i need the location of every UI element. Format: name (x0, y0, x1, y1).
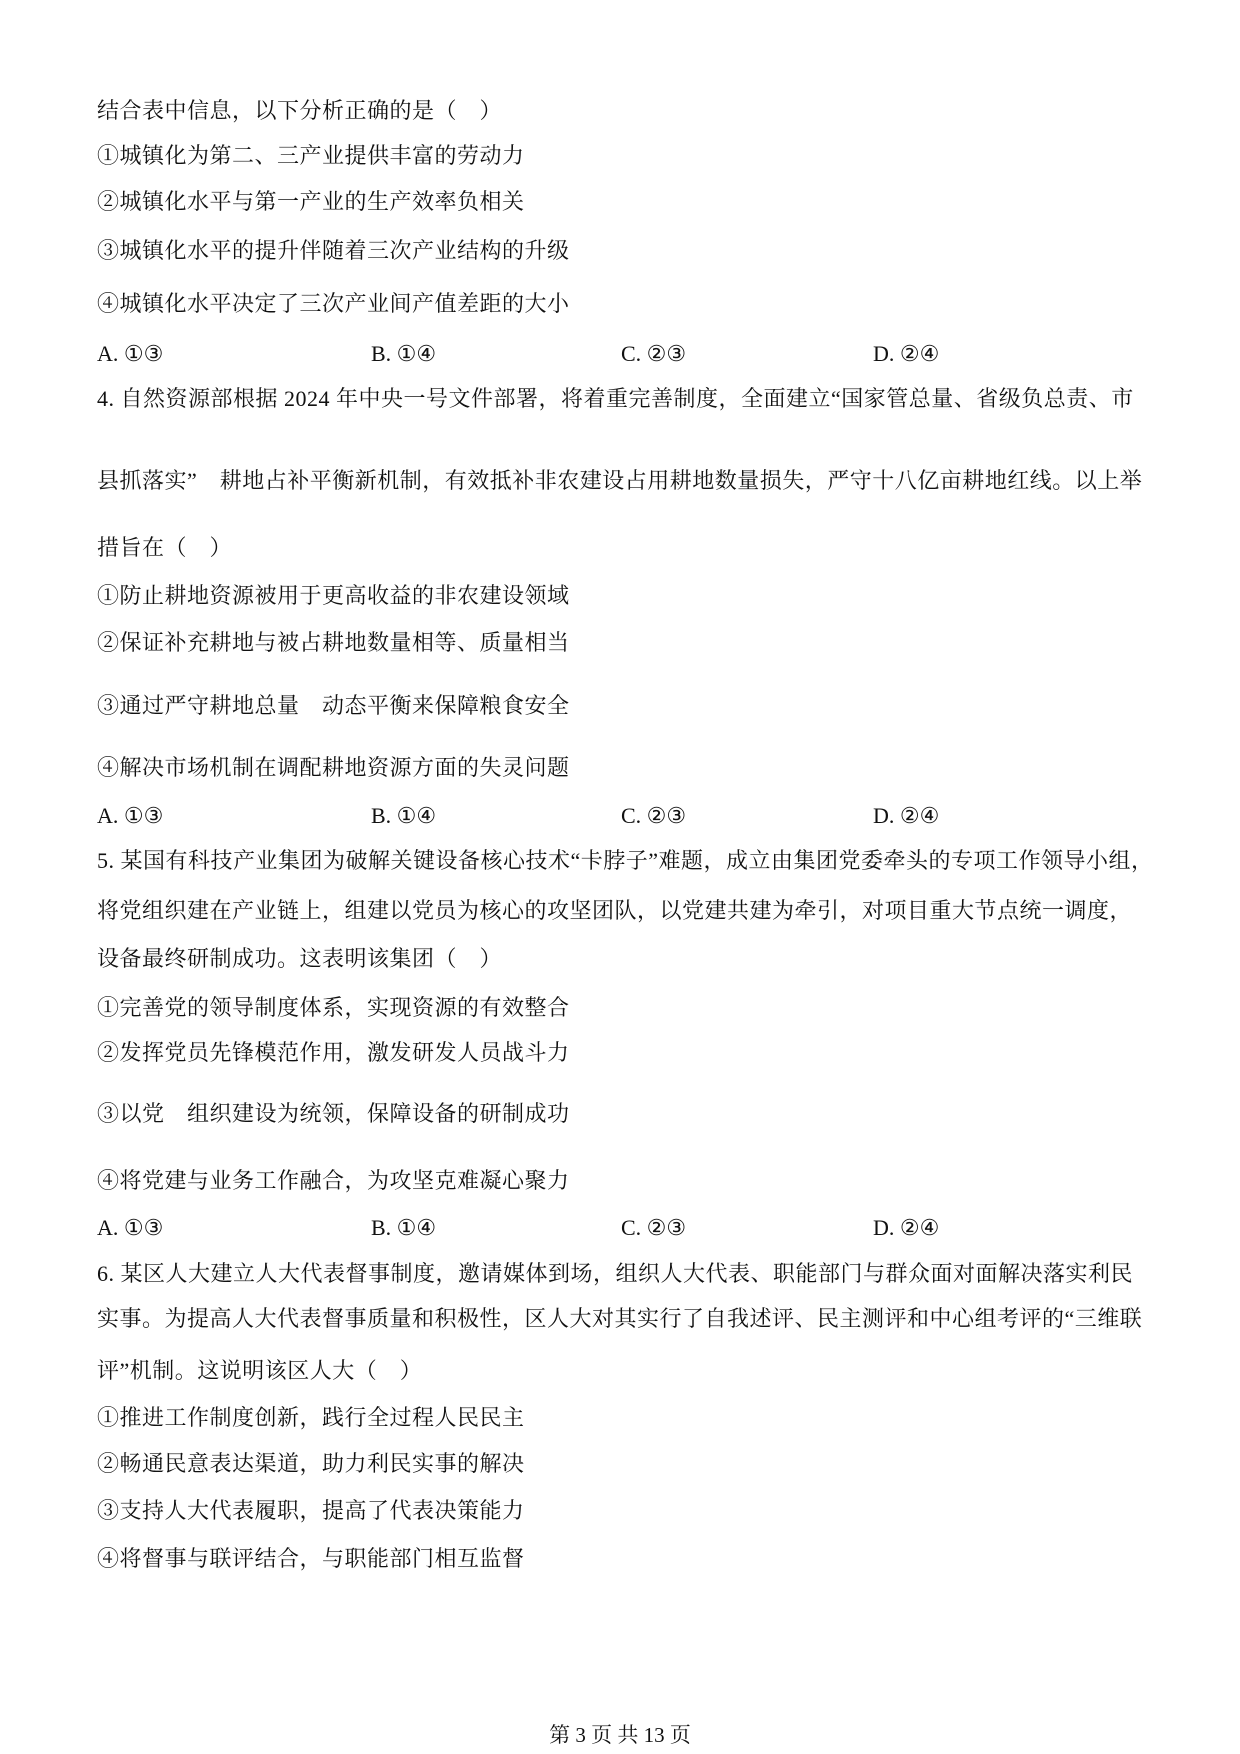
q3-option-2: ②城镇化水平与第一产业的生产效率负相关 (97, 186, 1145, 217)
q5-choice-b: B. ①④ (371, 1212, 621, 1243)
q5-stem-line-3: 设备最终研制成功。这表明该集团（ ） (97, 943, 1145, 974)
q6-option-1: ①推进工作制度创新，践行全过程人民民主 (97, 1402, 1145, 1433)
q6-option-4: ④将督事与联评结合，与职能部门相互监督 (97, 1543, 1145, 1574)
q5-option-1: ①完善党的领导制度体系，实现资源的有效整合 (97, 992, 1145, 1023)
q6-stem-line-3: 评”机制。这说明该区人大（ ） (97, 1355, 1145, 1386)
page-footer: 第 3 页 共 13 页 (0, 1722, 1240, 1748)
q4-option-2: ②保证补充耕地与被占耕地数量相等、质量相当 (97, 627, 1145, 658)
q3-option-4: ④城镇化水平决定了三次产业间产值差距的大小 (97, 288, 1145, 319)
page-content: 结合表中信息，以下分析正确的是（ ） ①城镇化为第二、三产业提供丰富的劳动力 ②… (97, 0, 1145, 1574)
q4-choices-row: A. ①③ B. ①④ C. ②③ D. ②④ (97, 800, 1145, 831)
q3-stem: 结合表中信息，以下分析正确的是（ ） (97, 95, 1145, 126)
q3-choice-b: B. ①④ (371, 338, 621, 369)
q4-choice-c: C. ②③ (621, 800, 873, 831)
q5-stem-line-2: 将党组织建在产业链上，组建以党员为核心的攻坚团队，以党建共建为牵引，对项目重大节… (97, 895, 1145, 926)
q5-option-2: ②发挥党员先锋模范作用，激发研发人员战斗力 (97, 1037, 1145, 1068)
q4-choice-a: A. ①③ (97, 800, 371, 831)
q3-choices-row: A. ①③ B. ①④ C. ②③ D. ②④ (97, 338, 1145, 369)
q4-option-4: ④解决市场机制在调配耕地资源方面的失灵问题 (97, 752, 1145, 783)
q5-choice-c: C. ②③ (621, 1212, 873, 1243)
q5-option-3: ③以党 组织建设为统领，保障设备的研制成功 (97, 1098, 1145, 1129)
q5-stem-line-1: 5. 某国有科技产业集团为破解关键设备核心技术“卡脖子”难题，成立由集团党委牵头… (97, 845, 1145, 876)
q3-option-1: ①城镇化为第二、三产业提供丰富的劳动力 (97, 140, 1145, 171)
q3-choice-c: C. ②③ (621, 338, 873, 369)
q3-option-3: ③城镇化水平的提升伴随着三次产业结构的升级 (97, 235, 1145, 266)
q4-choice-b: B. ①④ (371, 800, 621, 831)
exam-page: 结合表中信息，以下分析正确的是（ ） ①城镇化为第二、三产业提供丰富的劳动力 ②… (0, 0, 1240, 1754)
q4-stem-line-3: 措旨在（ ） (97, 532, 1145, 563)
q5-choice-d: D. ②④ (873, 1212, 1145, 1243)
q4-option-1: ①防止耕地资源被用于更高收益的非农建设领域 (97, 580, 1145, 611)
q5-choice-a: A. ①③ (97, 1212, 371, 1243)
q5-option-4: ④将党建与业务工作融合，为攻坚克难凝心聚力 (97, 1165, 1145, 1196)
q6-stem-line-1: 6. 某区人大建立人大代表督事制度，邀请媒体到场，组织人大代表、职能部门与群众面… (97, 1258, 1145, 1289)
q4-stem-line-1: 4. 自然资源部根据 2024 年中央一号文件部署，将着重完善制度，全面建立“国… (97, 383, 1145, 414)
q5-choices-row: A. ①③ B. ①④ C. ②③ D. ②④ (97, 1212, 1145, 1243)
q4-stem-line-2: 县抓落实” 耕地占补平衡新机制，有效抵补非农建设占用耕地数量损失，严守十八亿亩耕… (97, 465, 1145, 496)
q4-choice-d: D. ②④ (873, 800, 1145, 831)
q3-choice-d: D. ②④ (873, 338, 1145, 369)
q3-choice-a: A. ①③ (97, 338, 371, 369)
q4-option-3: ③通过严守耕地总量 动态平衡来保障粮食安全 (97, 690, 1145, 721)
q6-stem-line-2: 实事。为提高人大代表督事质量和积极性，区人大对其实行了自我述评、民主测评和中心组… (97, 1303, 1145, 1334)
q6-option-3: ③支持人大代表履职，提高了代表决策能力 (97, 1495, 1145, 1526)
q6-option-2: ②畅通民意表达渠道，助力利民实事的解决 (97, 1448, 1145, 1479)
